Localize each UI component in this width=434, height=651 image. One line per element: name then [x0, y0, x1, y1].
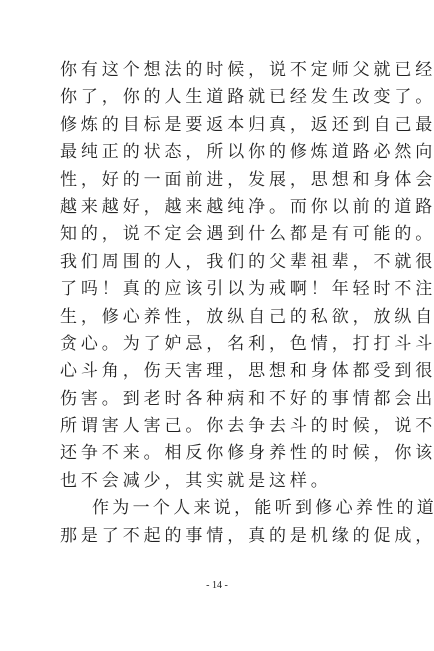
text-line: 性，好的一面前进，发展，思想和身体会变得: [60, 167, 376, 194]
text-line: 还争不来。相反你修身养性的时候，你该有的: [60, 440, 376, 467]
text-line: 心斗角，伤天害理，思想和身体都受到很大的: [60, 358, 376, 385]
document-page: 你有这个想法的时候，说不定师父就已经在教 你了，你的人生道路就已经发生改变了。因…: [0, 0, 434, 651]
text-line: 你了，你的人生道路就已经发生改变了。因为: [60, 84, 376, 111]
text-line: 你有这个想法的时候，说不定师父就已经在教: [60, 57, 376, 84]
text-line: 我们周围的人，我们的父辈祖辈，不就很清楚: [60, 249, 376, 276]
text-line: 了吗！真的应该引以为戒啊！年轻时不注意养: [60, 276, 376, 303]
text-line: 伤害。到老时各种病和不好的事情都会出现，: [60, 386, 376, 413]
body-text: 你有这个想法的时候，说不定师父就已经在教 你了，你的人生道路就已经发生改变了。因…: [60, 57, 376, 550]
text-line: 那是了不起的事情，真的是机缘的促成，要珍: [60, 523, 376, 550]
text-line: 所谓害人害己。你去争去斗的时候，说不定你: [60, 413, 376, 440]
text-line: 知的，说不定会遇到什么都是有可能的。看看: [60, 221, 376, 248]
text-line: 修炼的目标是要返本归真，返还到自己最好，: [60, 112, 376, 139]
page-number: - 14 -: [0, 580, 434, 591]
text-line: 最纯正的状态，所以你的修炼道路必然向着良: [60, 139, 376, 166]
text-line: 生，修心养性，放纵自己的私欲，放纵自己的: [60, 304, 376, 331]
text-line: 也不会减少，其实就是这样。: [60, 468, 376, 495]
text-line: 越来越好，越来越纯净。而你以前的道路是未: [60, 194, 376, 221]
text-line: 贪心。为了妒忌，名利，色情，打打斗斗，钩: [60, 331, 376, 358]
paragraph-start-line: 作为一个人来说，能听到修心养性的道理，: [60, 495, 376, 522]
